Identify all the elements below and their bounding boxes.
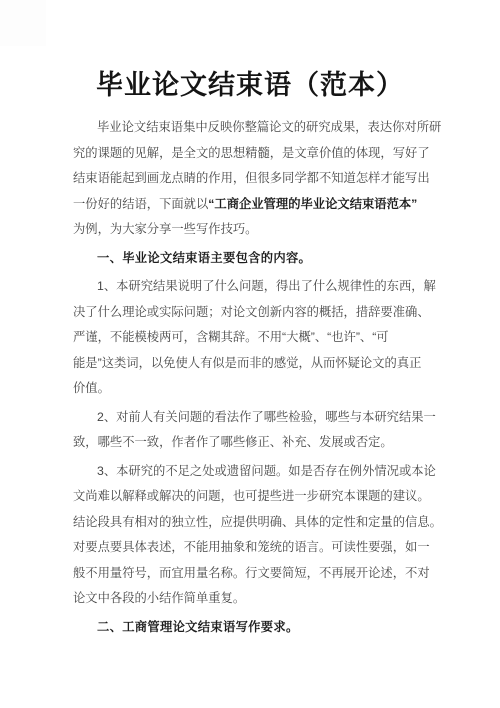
text-line: 般不用量符号，而宜用量名称。行文要简短，不再展开论述，不对 [73, 561, 437, 587]
text-segment: 一份好的结语，下面就以 [73, 197, 208, 211]
text-line: 决了什么理论或实际问题；对论文创新内容的概括，措辞要准确、 [73, 300, 437, 326]
text-line: 结束语能起到画龙点睛的作用，但很多同学都不知道怎样才能写出 [73, 166, 437, 192]
text-line: 论文中各段的小结作简单重复。 [73, 586, 437, 612]
document-body: 毕业论文结束语集中反映你整篇论文的研究成果，表达你对所研 究的课题的见解，是全文… [73, 115, 437, 640]
heading-section-2: 二、工商管理论文结束语写作要求。 [73, 615, 437, 641]
text-line: 严谨，不能模棱两可，含糊其辞。不用“大概”、“也许”、“可 [73, 325, 437, 351]
text-line: 毕业论文结束语集中反映你整篇论文的研究成果，表达你对所研 [73, 115, 437, 141]
text-line: 为例，为大家分享一些写作技巧。 [73, 217, 437, 243]
text-line: 3、本研究的不足之处或遗留问题。如是否存在例外情况或本论 [73, 459, 437, 485]
paragraph-item-2: 2、对前人有关问题的看法作了哪些检验，哪些与本研究结果一 致，哪些不一致，作者作… [73, 405, 437, 456]
paragraph-intro: 毕业论文结束语集中反映你整篇论文的研究成果，表达你对所研 究的课题的见解，是全文… [73, 115, 437, 243]
document-page: 毕业论文结束语（范本） 毕业论文结束语集中反映你整篇论文的研究成果，表达你对所研… [0, 0, 500, 708]
paragraph-item-1: 1、本研究结果说明了什么问题，得出了什么规律性的东西，解 决了什么理论或实际问题… [73, 274, 437, 402]
page-corner-shade [0, 0, 46, 46]
text-line: 1、本研究结果说明了什么问题，得出了什么规律性的东西，解 [73, 274, 437, 300]
text-line: 一份好的结语，下面就以“工商企业管理的毕业论文结束语范本” [73, 192, 437, 218]
text-line: 结论段具有相对的独立性，应提供明确、具体的定性和定量的信息。 [73, 510, 437, 536]
text-line: 究的课题的见解，是全文的思想精髓，是文章价值的体现，写好了 [73, 141, 437, 167]
paragraph-item-3: 3、本研究的不足之处或遗留问题。如是否存在例外情况或本论 文尚难以解释或解决的问… [73, 459, 437, 612]
text-line: 致，哪些不一致，作者作了哪些修正、补充、发展或否定。 [73, 430, 437, 456]
document-title: 毕业论文结束语（范本） [0, 0, 500, 102]
text-line: 能是”这类词，以免使人有似是而非的感觉，从而怀疑论文的真正 [73, 351, 437, 377]
text-line: 价值。 [73, 376, 437, 402]
section-heading-text: 一、毕业论文结束语主要包含的内容。 [73, 246, 437, 272]
heading-section-1: 一、毕业论文结束语主要包含的内容。 [73, 246, 437, 272]
text-line: 对要点要具体表述，不能用抽象和笼统的语言。可读性要强，如一 [73, 535, 437, 561]
bold-phrase-sample-title: “工商企业管理的毕业论文结束语范本” [208, 197, 417, 211]
text-line: 文尚难以解释或解决的问题，也可提些进一步研究本课题的建议。 [73, 484, 437, 510]
text-line: 2、对前人有关问题的看法作了哪些检验，哪些与本研究结果一 [73, 405, 437, 431]
section-heading-text: 二、工商管理论文结束语写作要求。 [73, 615, 437, 641]
